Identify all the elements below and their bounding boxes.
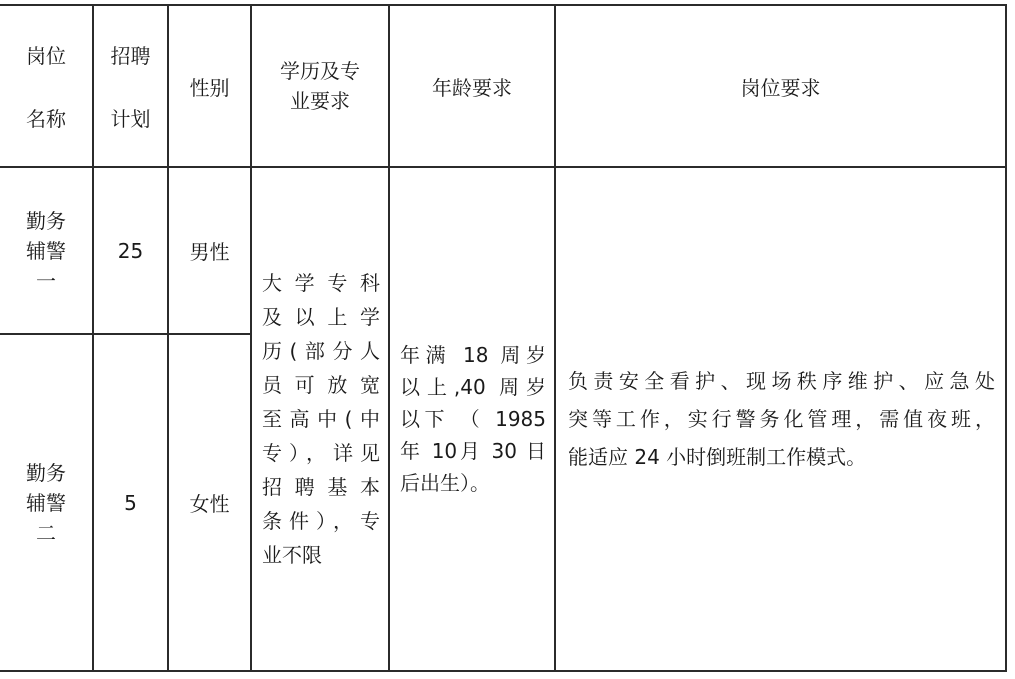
cell-text: 勤务: [26, 206, 66, 236]
header-text: 性别: [190, 76, 230, 100]
cell-text: 能适应 24 小时倒班制工作模式。: [568, 438, 995, 476]
header-gender: 性别: [168, 5, 251, 167]
cell-education: 大学专科 及以上学 历(部分人 员可放宽 至高中(中 专），详见 招聘基本 条件…: [251, 167, 389, 671]
header-education: 学历及专 业要求: [251, 5, 389, 167]
header-text: 业要求: [290, 86, 350, 116]
cell-text: 年 10月 30 日: [400, 435, 546, 467]
cell-text: 专），详见: [262, 436, 380, 470]
cell-gender: 男性: [168, 167, 251, 334]
header-age: 年龄要求: [389, 5, 555, 167]
table-row: 勤务 辅警 一 25 男性 大学专科 及以上学 历(部分人 员可放宽 至高中(中…: [0, 167, 1006, 334]
cell-text: 及以上学: [262, 300, 380, 334]
cell-text: 二: [36, 518, 56, 548]
cell-text: 以上,40 周岁: [400, 371, 546, 403]
cell-text: 业不限: [262, 538, 380, 572]
cell-text: 至高中(中: [262, 402, 380, 436]
cell-text: 大学专科: [262, 266, 380, 300]
header-text: 年龄要求: [432, 76, 512, 100]
header-job-requirements: 岗位要求: [555, 5, 1006, 167]
cell-position-name: 勤务 辅警 二: [0, 334, 93, 671]
cell-text: 招聘基本: [262, 470, 380, 504]
cell-text: 突等工作，实行警务化管理，需值夜班，: [568, 400, 995, 438]
header-text: 名称: [26, 103, 66, 132]
cell-text: 负责安全看护、现场秩序维护、应急处: [568, 362, 995, 400]
cell-gender: 女性: [168, 334, 251, 671]
header-row: 岗位 名称 招聘 计划 性别 学历及专 业要求 年龄要求 岗位要求: [0, 5, 1006, 167]
header-text: 岗位要求: [741, 76, 821, 100]
cell-recruit-plan: 25: [93, 167, 168, 334]
cell-text: 员可放宽: [262, 368, 380, 402]
cell-text: 勤务: [26, 458, 66, 488]
cell-text: 辅警: [26, 488, 66, 518]
cell-job-requirements: 负责安全看护、现场秩序维护、应急处 突等工作，实行警务化管理，需值夜班， 能适应…: [555, 167, 1006, 671]
header-text: 招聘: [111, 40, 151, 69]
header-recruit-plan: 招聘 计划: [93, 5, 168, 167]
header-text: 岗位: [26, 40, 66, 69]
recruitment-table: 岗位 名称 招聘 计划 性别 学历及专 业要求 年龄要求 岗位要求: [0, 4, 1007, 672]
header-position-name: 岗位 名称: [0, 5, 93, 167]
cell-text: 以下 （ 1985: [400, 403, 546, 435]
cell-text: 年满 18 周岁: [400, 339, 546, 371]
header-text: 计划: [111, 103, 151, 132]
header-text: 学历及专: [280, 56, 360, 86]
cell-position-name: 勤务 辅警 一: [0, 167, 93, 334]
cell-text: 辅警: [26, 236, 66, 266]
cell-text: 条件），专: [262, 504, 380, 538]
cell-text: 一: [36, 266, 56, 296]
cell-text: 历(部分人: [262, 334, 380, 368]
cell-text: 后出生）。: [400, 467, 546, 499]
cell-recruit-plan: 5: [93, 334, 168, 671]
cell-age: 年满 18 周岁 以上,40 周岁 以下 （ 1985 年 10月 30 日 后…: [389, 167, 555, 671]
